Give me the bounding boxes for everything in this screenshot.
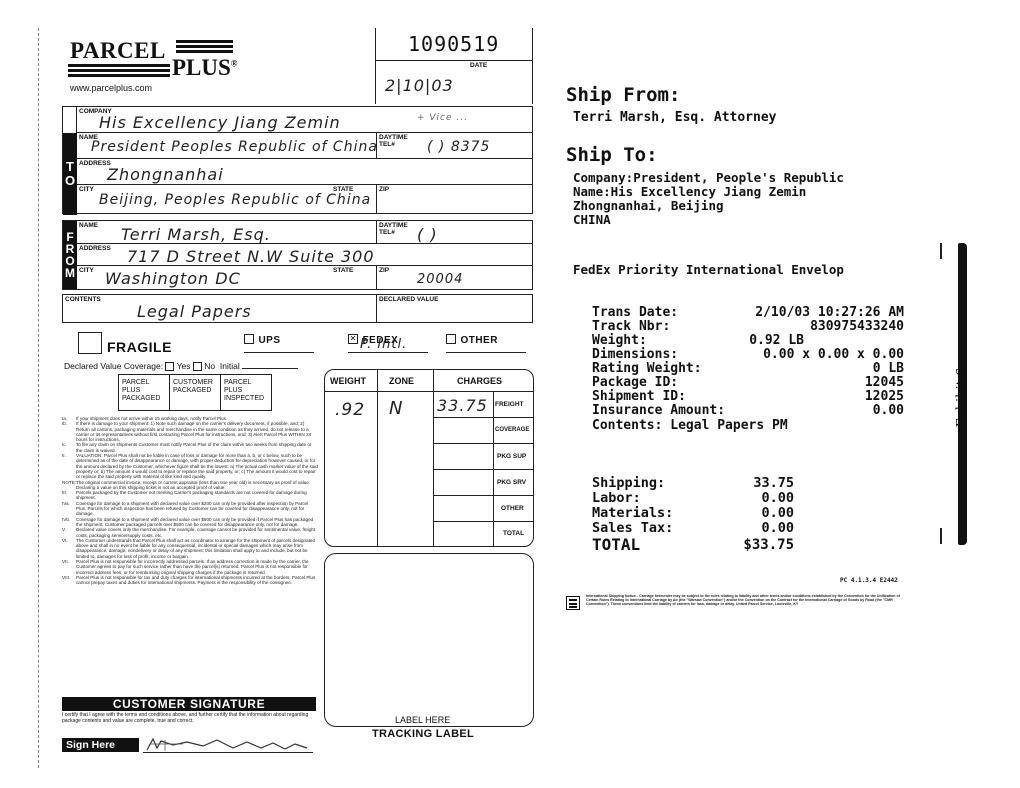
declared-coverage-label: Declared Value Coverage: [64,361,163,371]
term-text: Declared value covers only the merchandi… [76,527,318,538]
term-item: Ic.To file any claim on shipments Custom… [62,442,318,453]
detail-key: Trans Date: [592,306,678,320]
initial-field[interactable] [242,368,298,369]
from-city-divider [376,266,377,289]
coverage-yes-checkbox[interactable] [165,362,174,371]
term-text: Parcel Plus is not responsible for incor… [76,559,318,575]
signature-field[interactable] [143,736,313,753]
detail-value: 12025 [865,390,904,404]
detail-value: 12045 [865,376,904,390]
detail-key: Dimensions: [592,348,678,362]
ship-to-street: Zhongnanhai, Beijing [573,199,844,213]
charges-header-label: CHARGES [457,376,502,386]
term-text: To file any claim on shipments Customer … [76,442,318,453]
term-number: VII. [62,559,76,575]
ship-to-name: Name:His Excellency Jiang Zemin [573,185,844,199]
contents-divider [376,295,377,322]
charge-row-coverage: COVERAGE [433,418,534,444]
date-label: DATE [470,62,487,69]
date-divider [375,60,533,61]
detail-value: 0.00 [873,404,904,418]
term-text: VALUATION: Parcel Plus shall not be liab… [76,453,318,479]
registered-mark: ® [231,58,238,68]
parcel-plus-inspected-option[interactable]: PARCEL PLUS INSPECTED [221,375,271,410]
from-name-row: NAME Terri Marsh, Esq. DAYTIME TEL# ( ) [77,221,532,244]
from-name-field[interactable]: Terri Marsh, Esq. [121,225,271,244]
website-link[interactable]: www.parcelplus.com [70,83,152,93]
detail-key: Insurance Amount: [592,404,725,418]
term-item: VI.The Customer understands that Parcel … [62,538,318,559]
tracking-label-caption: TRACKING LABEL [372,728,474,740]
customer-packaged-option[interactable]: CUSTOMER PACKAGED [170,375,221,410]
signature-scribble-icon [143,736,313,753]
detail-key: Weight: [592,334,647,348]
date-field[interactable]: 2|10|03 [385,76,454,95]
to-letter-t: T [66,160,74,174]
term-number: III. [62,490,76,501]
charges-table: WEIGHT ZONE CHARGES .92 N 33.75 FREIGHT … [324,369,534,547]
exhibit-tick-bottom [940,528,942,544]
other-charge-label: OTHER [501,505,524,512]
to-city-row: CITY Beijing, Peoples Republic of China … [77,185,532,213]
cost-value: 0.00 [761,506,794,520]
from-city-row: CITY Washington DC STATE ZIP 20004 [77,266,532,289]
weight-field[interactable]: .92 [335,400,365,420]
parcel-plus-packaged-option[interactable]: PARCEL PLUS PACKAGED [119,375,170,410]
from-address-row: ADDRESS 717 D Street N.W Suite 300 [77,244,532,266]
pkg-srv-label: PKG SRV [497,479,526,486]
contents-line: Contents: Legal Papers PM [592,418,788,433]
term-item: Ib.If there is damage to your shipment: … [62,421,318,442]
carrier-other[interactable]: OTHER [446,330,498,348]
detail-key: Rating Weight: [592,362,702,376]
to-letter-o: O [65,174,75,188]
from-name-label: NAME [79,222,98,229]
term-number: VI. [62,538,76,559]
charges-header: WEIGHT ZONE CHARGES [325,370,533,392]
declared-value-label: DECLARED VALUE [379,296,438,303]
charge-row-freight: 33.75 FREIGHT [433,392,534,418]
zone-field[interactable]: N [389,398,403,419]
detail-key: Package ID: [592,376,678,390]
exhibit-label: Exhibit 6 [955,358,970,438]
from-address-label: ADDRESS [79,245,111,252]
term-number: NOTE: [62,480,76,491]
detail-value: 0 LB [873,362,904,376]
to-section: T O COMPANY His Excellency Jiang Zemin +… [62,106,533,214]
to-company-field[interactable]: His Excellency Jiang Zemin [99,113,341,132]
term-item: VII.Parcel Plus is not responsible for i… [62,559,318,575]
to-zip-label: ZIP [379,186,389,193]
term-item: II.VALUATION: Parcel Plus shall not be l… [62,453,318,479]
fragile-checkbox[interactable] [78,332,102,354]
to-city-field[interactable]: Beijing, Peoples Republic of China [99,192,371,208]
to-tel-label: DAYTIME TEL# [379,134,409,148]
to-name-row: NAME President Peoples Republic of China… [77,133,532,159]
software-version: PC 4.1.3.4 E2442 [840,577,898,584]
contents-label: CONTENTS [65,296,101,303]
to-address-field[interactable]: Zhongnanhai [107,165,224,184]
ship-to-address: Company:President, People's Republic Nam… [573,171,844,227]
to-company-note: + Vice ... [417,113,468,123]
from-zip-field[interactable]: 20004 [417,272,463,287]
term-number: VIII. [62,575,76,586]
weight-col-divider [377,370,378,546]
charge-row-pkg-sup: PKG SUP [433,444,534,470]
term-item: IVb.Coverage for damage to a shipment wi… [62,517,318,528]
term-number: IVa. [62,501,76,517]
from-name-divider [376,221,377,243]
pkg-sup-label: PKG SUP [497,453,526,460]
weight-header: WEIGHT [330,376,366,386]
to-state-label: STATE [333,186,353,193]
term-item: V.Declared value covers only the merchan… [62,527,318,538]
from-side-label: F R O M [63,221,77,289]
total-value: $33.75 [743,536,794,554]
to-name-field[interactable]: President Peoples Republic of China [91,139,378,155]
term-text: The Customer understands that Parcel Plu… [76,538,318,559]
contents-section: CONTENTS Legal Papers DECLARED VALUE [62,294,533,323]
terms-and-conditions: Ia.If your shipment does not arrive with… [62,416,318,586]
to-company-row: COMPANY His Excellency Jiang Zemin + Vic… [77,107,532,133]
ups-checkbox[interactable] [244,334,254,344]
brand-logo-plus: PLUS® [172,55,238,81]
detail-key: Track Nbr: [592,320,670,334]
carrier-seal-icon [566,596,580,610]
signature-certification-text: I certify that I agree with the terms an… [62,713,316,724]
term-text: Coverage for damage to a shipment with d… [76,517,318,528]
fragile-label: FRAGILE [107,339,172,355]
term-text: The original commercial invoice, receipt… [76,480,318,491]
contents-field[interactable]: Legal Papers [137,302,252,321]
term-number: V. [62,527,76,538]
detail-value: 2/10/03 10:27:26 AM [755,306,904,320]
freight-field[interactable]: 33.75 [437,396,488,415]
packaging-options: PARCEL PLUS PACKAGED CUSTOMER PACKAGED P… [118,374,272,411]
cost-key: Materials: [592,506,673,520]
term-text: Parcels packaged by the Customer not mee… [76,490,318,501]
from-zip-label: ZIP [379,267,389,274]
logo-stripes-top [176,40,233,55]
logo-stripes-bottom [68,64,170,79]
term-text: Parcel Plus is not responsible for tax a… [76,575,318,586]
city-label: CITY [79,186,94,193]
detail-value: 0.92 LB [749,334,804,348]
to-address-row: ADDRESS Zhongnanhai [77,159,532,185]
charge-row-other: OTHER [433,496,534,522]
total-charge-label: TOTAL [503,530,524,537]
brand-logo-parcel: PARCEL [70,38,166,64]
cost-key: Shipping: [592,476,665,490]
from-address-field[interactable]: 717 D Street N.W Suite 300 [127,247,375,266]
to-city-divider [376,185,377,213]
zone-header: ZONE [389,376,414,386]
ship-to-country: CHINA [573,213,844,227]
from-letter-m: M [65,267,75,279]
ship-from-heading: Ship From: [566,84,680,106]
label-here-line [360,726,500,727]
cost-value: 33.75 [753,476,794,490]
from-section: F R O M NAME Terri Marsh, Esq. DAYTIME T… [62,220,533,290]
charge-row-total: TOTAL [433,522,534,547]
from-city-field[interactable]: Washington DC [105,269,241,288]
ship-to-company: Company:President, People's Republic [573,171,844,185]
term-item: VIII.Parcel Plus is not responsible for … [62,575,318,586]
ups-note-line [244,352,314,353]
term-number: II. [62,453,76,479]
coverage-yes-label: Yes [177,361,191,371]
term-text: Coverage for damage to a shipment with d… [76,501,318,517]
ship-to-heading: Ship To: [566,144,658,166]
other-checkbox[interactable] [446,334,456,344]
total-key: TOTAL [592,536,640,554]
from-tel-label: DAYTIME TEL# [379,222,409,236]
from-state-label: STATE [333,267,353,274]
from-city-label: CITY [79,267,94,274]
cost-value: 0.00 [761,521,794,535]
term-number: Ib. [62,421,76,442]
term-item: NOTE:The original commercial invoice, re… [62,480,318,491]
ticket-number: 1090519 [408,32,499,56]
brand-plus-text: PLUS [172,55,231,80]
detail-value: 0.00 x 0.00 x 0.00 [763,348,904,362]
coverage-no-checkbox[interactable] [193,362,202,371]
to-side-spacer [63,107,77,133]
fedex-service-note[interactable]: P. Intl. [348,337,428,353]
tracking-label-area [324,553,534,727]
other-label: OTHER [460,335,498,346]
coverage-label: COVERAGE [495,427,529,433]
term-item: IVa.Coverage for damage to a shipment wi… [62,501,318,517]
detail-key: Shipment ID: [592,390,686,404]
tracking-number: 830975433240 [810,320,904,334]
cost-key: Sales Tax: [592,521,673,535]
cost-value: 0.00 [761,491,794,505]
to-name-divider [376,133,377,158]
label-here-text: LABEL HERE [395,715,450,725]
term-item: III.Parcels packaged by the Customer not… [62,490,318,501]
cost-key: Labor: [592,491,641,505]
term-number: Ic. [62,442,76,453]
carrier-ups[interactable]: UPS [244,330,281,348]
freight-label: FREIGHT [495,401,524,408]
customer-signature-header: CUSTOMER SIGNATURE [62,697,316,711]
to-tel-field[interactable]: ( ) 8375 [427,139,490,155]
to-side-label: T O [63,133,77,215]
term-text: If there is damage to your shipment: 1) … [76,421,318,442]
from-tel-field[interactable]: ( ) [417,225,438,244]
coverage-no-label: No [204,361,215,371]
declared-coverage-row: Declared Value Coverage: Yes No Initial [64,361,298,371]
sign-here-label: Sign Here [62,738,139,752]
other-note-line [446,352,526,353]
ship-from-name: Terri Marsh, Esq. Attorney [573,111,777,125]
exhibit-tick-top [940,243,942,259]
charge-row-pkg-srv: PKG SRV [433,470,534,496]
term-number: IVb. [62,517,76,528]
service-type: FedEx Priority International Envelop [573,262,844,277]
international-notice-fine-print: International Shipping Notice - Carriage… [586,594,906,607]
initial-label: Initial [220,361,240,371]
ups-label: UPS [258,335,280,346]
